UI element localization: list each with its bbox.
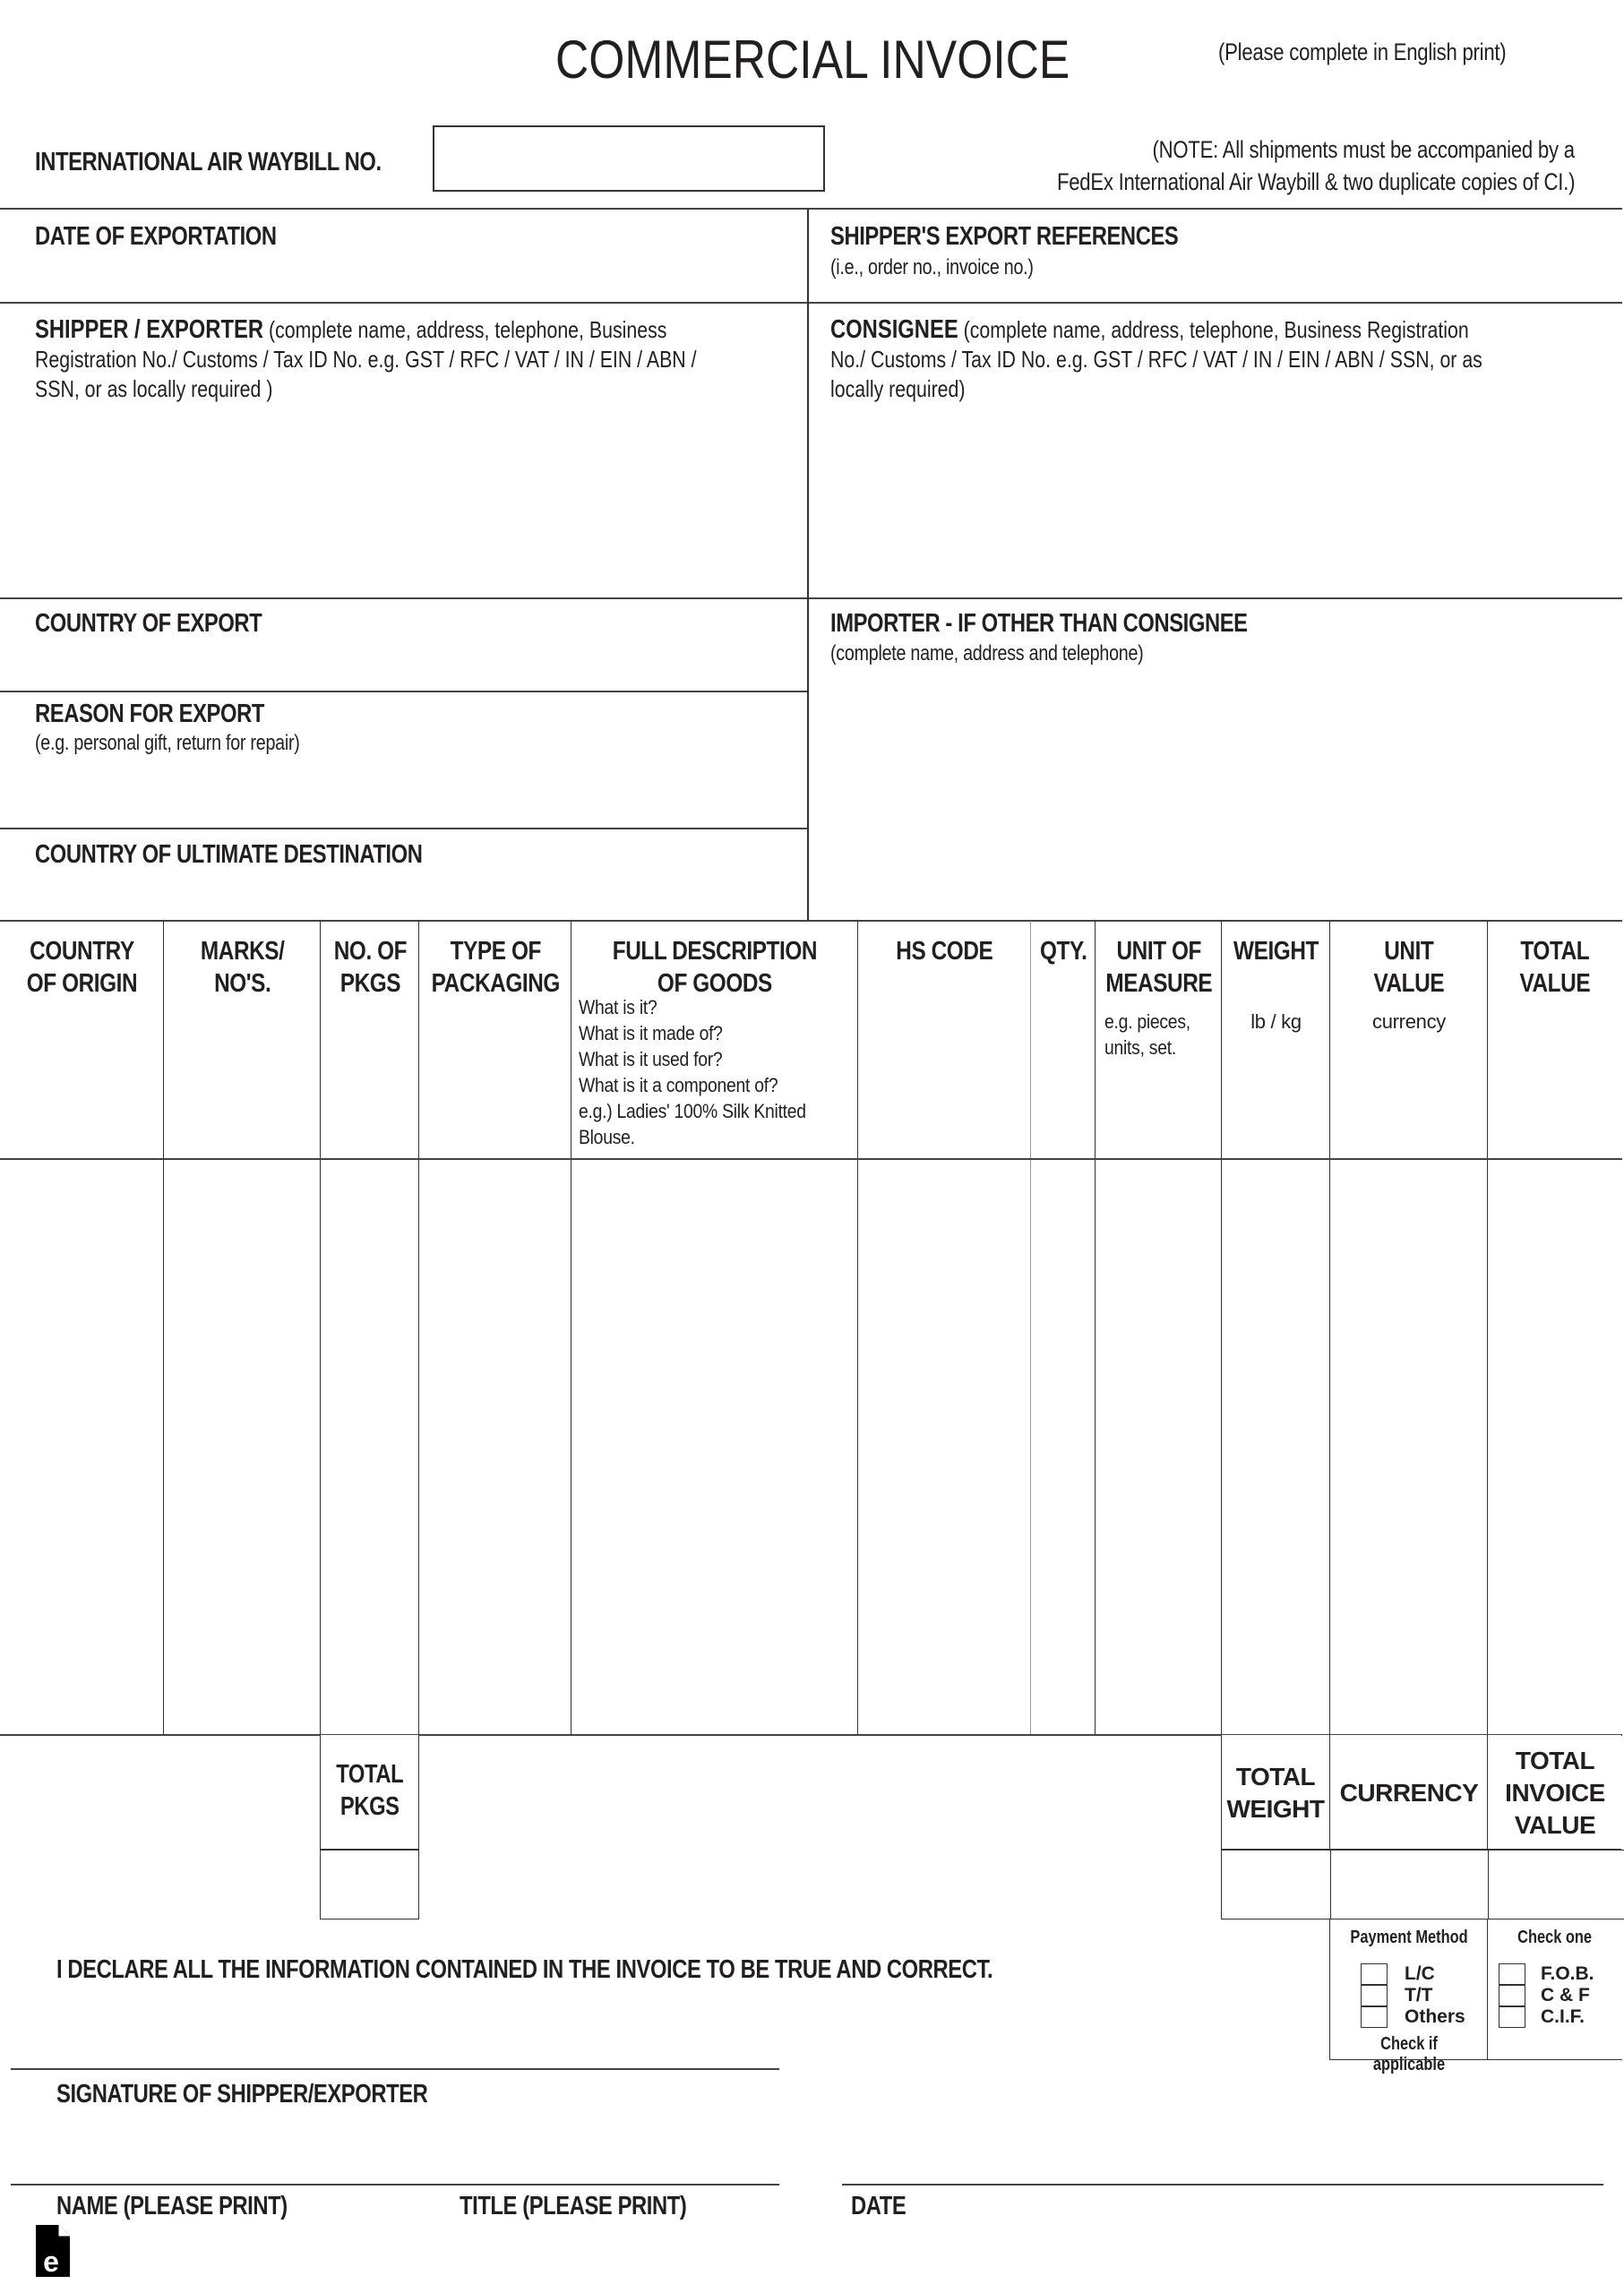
goods-cell-input[interactable] (324, 1164, 417, 1731)
total-pkgs-input[interactable] (320, 1850, 419, 1919)
signature-line (11, 2068, 779, 2070)
instruction-text: (Please complete in English print) (1218, 39, 1569, 66)
column-header: HS CODE (858, 935, 1031, 967)
payment-method-checkbox[interactable] (1361, 2006, 1388, 2028)
payment-method-option-label: L/C (1405, 1963, 1435, 1985)
total-weight-input[interactable] (1221, 1850, 1331, 1919)
column-header: TOTALVALUE (1488, 935, 1622, 1000)
payment-method-option-label: Others (1405, 2006, 1465, 2028)
divider (0, 597, 1622, 599)
column-hint: lb / kg (1222, 1009, 1330, 1035)
column-header: WEIGHT (1222, 935, 1330, 967)
column-header: COUNTRYOF ORIGIN (0, 935, 164, 1000)
goods-cell-input[interactable] (575, 1164, 856, 1731)
svg-text:e: e (43, 2246, 59, 2277)
total-pkgs-label: TOTALPKGS (320, 1758, 419, 1823)
country-of-ultimate-destination-label: COUNTRY OF ULTIMATE DESTINATION (35, 840, 507, 870)
shipper-exporter-field: SHIPPER / EXPORTER (complete name, addre… (35, 315, 842, 404)
column-header: UNIT OFMEASURE (1096, 935, 1222, 1000)
column-header: QTY. (1031, 935, 1096, 967)
divider (0, 302, 1622, 304)
goods-table: COUNTRYOF ORIGINMARKS/NO'S.NO. OFPKGSTYP… (0, 921, 1622, 1736)
consignee-hint: (complete name, address, telephone, Busi… (964, 316, 1469, 343)
goods-cell-input[interactable] (423, 1164, 570, 1731)
terms-checkbox[interactable] (1499, 1985, 1525, 2006)
column-divider (1487, 921, 1488, 1735)
page-title-text: COMMERCIAL INVOICE (555, 29, 1070, 91)
shipper-exporter-input[interactable] (27, 412, 801, 595)
column-divider (571, 921, 571, 1735)
country-of-export-input[interactable] (27, 643, 801, 684)
column-divider (1221, 921, 1222, 1735)
divider (0, 828, 809, 829)
goods-cell-input[interactable] (1491, 1164, 1620, 1731)
note-line-2: FedEx International Air Waybill & two du… (943, 166, 1575, 198)
importer-label: IMPORTER - IF OTHER THAN CONSIGNEE (830, 609, 1339, 639)
waybill-label: INTERNATIONAL AIR WAYBILL NO. (35, 148, 458, 177)
importer-input[interactable] (822, 681, 1614, 913)
reason-for-export-label: REASON FOR EXPORT (35, 700, 314, 729)
payment-method-option-label: T/T (1405, 1985, 1433, 2006)
reason-for-export-input[interactable] (27, 766, 801, 821)
column-header: UNITVALUE (1330, 935, 1488, 1000)
terms-option-label: C.I.F. (1541, 2006, 1585, 2028)
page-title: COMMERCIAL INVOICE (555, 29, 1154, 91)
title-label: TITLE (PLEASE PRINT) (460, 2192, 736, 2221)
divider (0, 1158, 1622, 1160)
date-of-exportation-input[interactable] (27, 255, 801, 296)
declaration-text: I DECLARE ALL THE INFORMATION CONTAINED … (56, 1955, 1199, 1985)
column-divider (418, 921, 419, 1735)
currency-label: CURRENCY (1330, 1777, 1488, 1809)
date-of-exportation-label: DATE OF EXPORTATION (35, 222, 330, 252)
divider (0, 208, 1622, 210)
column-divider (320, 921, 321, 1735)
date-line (842, 2184, 1603, 2186)
column-divider (1030, 921, 1031, 1735)
signature-field[interactable] (11, 2114, 779, 2182)
column-divider (1329, 921, 1330, 1735)
terms-checkbox[interactable] (1499, 2006, 1525, 2028)
shipper-exporter-label: SHIPPER / EXPORTER (35, 315, 263, 344)
goods-cell-input[interactable] (168, 1164, 319, 1731)
column-divider (857, 921, 858, 1735)
terms-option-label: F.O.B. (1541, 1963, 1594, 1985)
country-of-ultimate-destination-input[interactable] (27, 873, 801, 915)
importer-hint: (complete name, address and telephone) (830, 641, 1212, 666)
goods-cell-input[interactable] (4, 1164, 162, 1731)
reason-for-export-hint: (e.g. personal gift, return for repair) (35, 731, 357, 756)
shipper-export-references-label: SHIPPER'S EXPORT REFERENCES (830, 222, 1255, 252)
goods-cell-input[interactable] (1035, 1164, 1094, 1731)
shipper-export-references-input[interactable] (985, 255, 1616, 296)
country-of-export-label: COUNTRY OF EXPORT (35, 609, 312, 639)
column-hint: currency (1330, 1009, 1488, 1035)
consignee-label: CONSIGNEE (830, 315, 958, 344)
column-divider (1095, 921, 1096, 1735)
name-line (11, 2184, 779, 2186)
currency-input[interactable] (1330, 1850, 1489, 1919)
goods-cell-input[interactable] (1225, 1164, 1328, 1731)
terms-title: Check one (1488, 1928, 1622, 1948)
total-weight-label: TOTALWEIGHT (1221, 1761, 1330, 1825)
total-invoice-value-label: TOTALINVOICEVALUE (1488, 1745, 1622, 1842)
consignee-field: CONSIGNEE (complete name, address, telep… (830, 315, 1624, 404)
waybill-number-input[interactable] (433, 125, 825, 192)
column-header: NO. OFPKGS (321, 935, 419, 1000)
payment-method-checkbox[interactable] (1361, 1963, 1388, 1985)
payment-method-title: Payment Method (1330, 1928, 1488, 1948)
payment-method-footer: Check if applicable (1330, 2034, 1488, 2075)
goods-cell-input[interactable] (862, 1164, 1029, 1731)
goods-cell-input[interactable] (1334, 1164, 1486, 1731)
column-divider (163, 921, 164, 1735)
divider (0, 691, 809, 692)
payment-method-checkbox[interactable] (1361, 1985, 1388, 2006)
note-line-1: (NOTE: All shipments must be accompanied… (943, 133, 1575, 166)
terms-checkbox[interactable] (1499, 1963, 1525, 1985)
signature-label: SIGNATURE OF SHIPPER/EXPORTER (56, 2080, 509, 2109)
column-header: FULL DESCRIPTIONOF GOODS (571, 935, 858, 1000)
description-hints: What is it?What is it made of?What is it… (579, 994, 837, 1150)
document-e-icon: e (36, 2225, 70, 2277)
column-header: TYPE OFPACKAGING (419, 935, 571, 1000)
shipper-exporter-hint: (complete name, address, telephone, Busi… (269, 316, 666, 343)
date-label: DATE (851, 2192, 918, 2221)
terms-option-label: C & F (1541, 1985, 1590, 2006)
consignee-input[interactable] (822, 412, 1614, 595)
name-label: NAME (PLEASE PRINT) (56, 2192, 338, 2221)
goods-cell-input[interactable] (1099, 1164, 1220, 1731)
note-text: (NOTE: All shipments must be accompanied… (943, 133, 1575, 198)
unit-of-measure-hints: e.g. pieces,units, set. (1104, 1009, 1202, 1061)
column-header: MARKS/NO'S. (164, 935, 321, 1000)
total-invoice-value-input[interactable] (1488, 1850, 1624, 1919)
